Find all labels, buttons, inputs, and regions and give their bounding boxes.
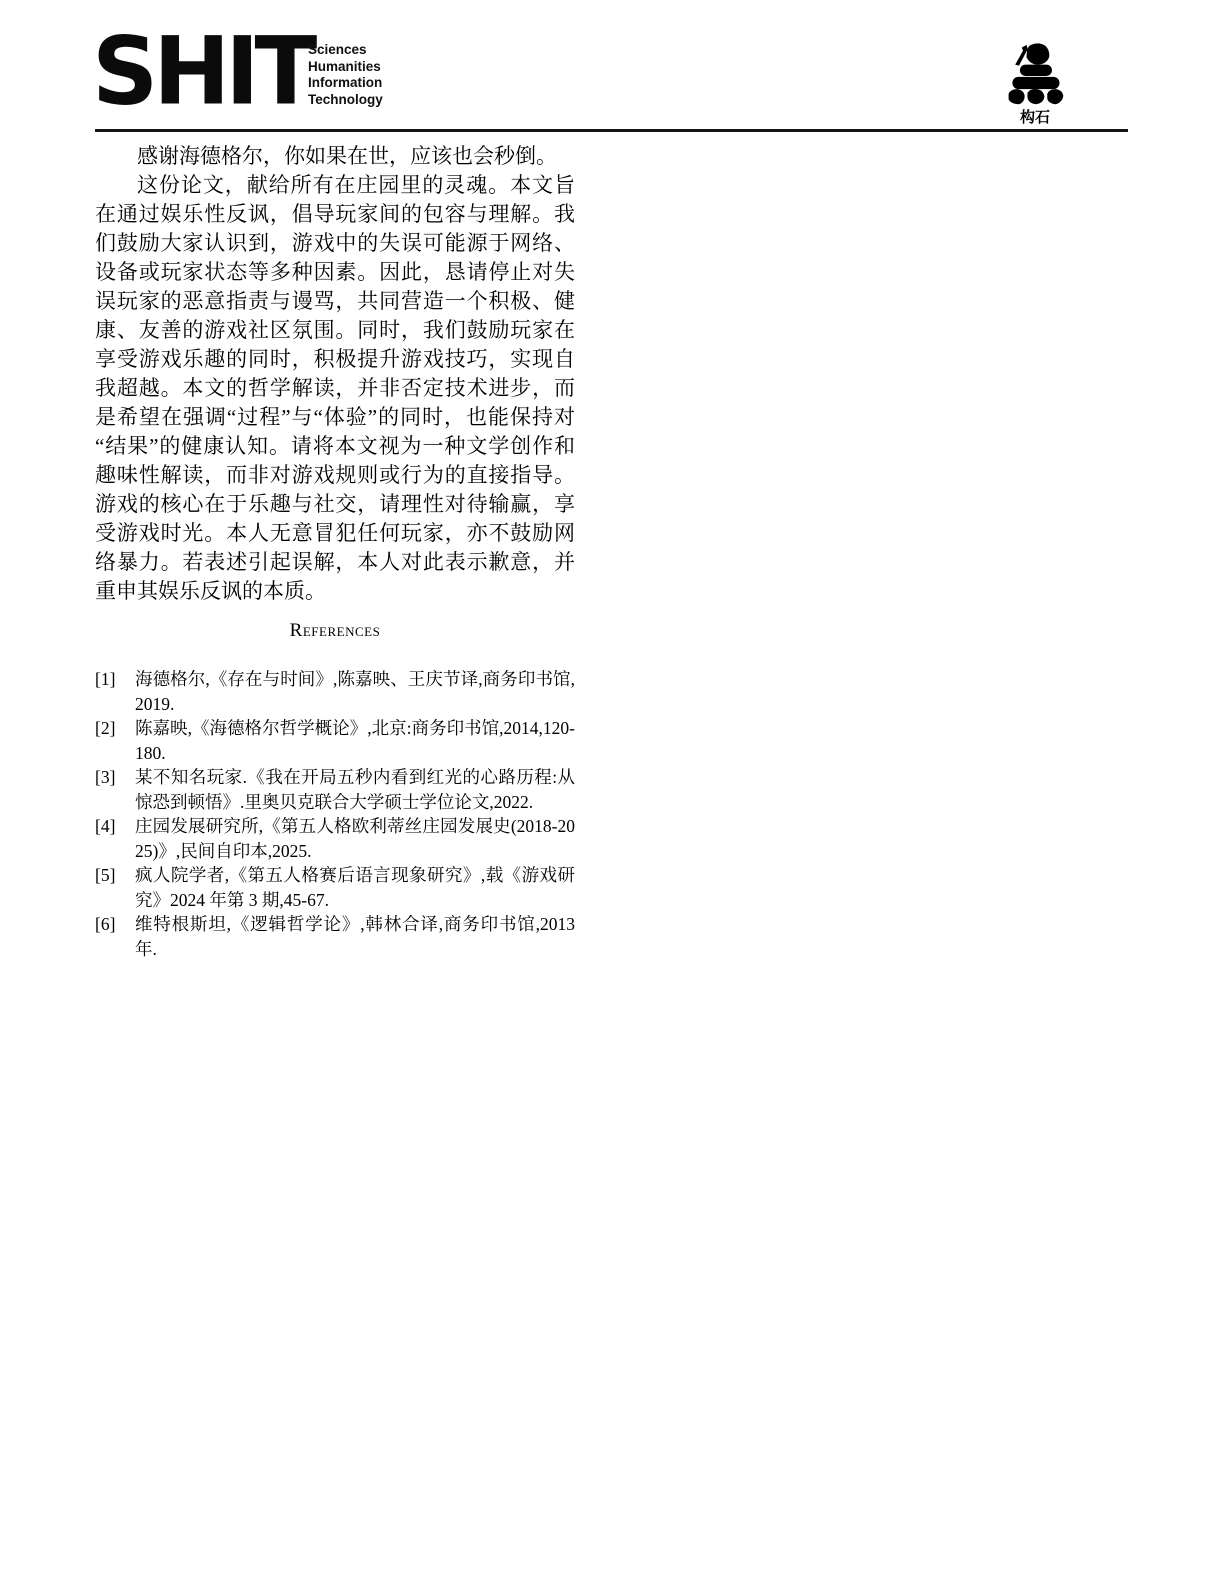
reference-label: [2]	[95, 716, 115, 741]
reference-text: 维特根斯坦,《逻辑哲学论》,韩林合译,商务印书馆,2013 年.	[135, 914, 575, 959]
reference-item: [3] 某不知名玩家.《我在开局五秒内看到红光的心路历程:从惊恐到顿悟》.里奥贝…	[95, 765, 575, 814]
reference-item: [5] 疯人院学者,《第五人格赛后语言现象研究》,载《游戏研究》2024 年第 …	[95, 863, 575, 912]
header-divider	[95, 129, 1128, 132]
reference-item: [4] 庄园发展研究所,《第五人格欧利蒂丝庄园发展史(2018-2025)》,民…	[95, 814, 575, 863]
reference-text: 某不知名玩家.《我在开局五秒内看到红光的心路历程:从惊恐到顿悟》.里奥贝克联合大…	[135, 767, 575, 812]
reference-text: 疯人院学者,《第五人格赛后语言现象研究》,载《游戏研究》2024 年第 3 期,…	[135, 865, 575, 910]
reference-label: [5]	[95, 863, 115, 888]
reference-text: 陈嘉映,《海德格尔哲学概论》,北京:商务印书馆,2014,120-180.	[135, 718, 575, 763]
publisher-badge-label: 构石	[993, 109, 1077, 127]
reference-label: [1]	[95, 667, 115, 692]
stone-pile-icon	[1001, 42, 1069, 108]
reference-label: [6]	[95, 912, 115, 937]
tagline-line: Humanities	[308, 59, 383, 76]
paper-page: SHIT Sciences Humanities Information Tec…	[0, 0, 1224, 1584]
tagline-line: Technology	[308, 92, 383, 109]
article-column: 感谢海德格尔，你如果在世，应该也会秒倒。 这份论文，献给所有在庄园里的灵魂。本文…	[95, 142, 575, 961]
reference-item: [6] 维特根斯坦,《逻辑哲学论》,韩林合译,商务印书馆,2013 年.	[95, 912, 575, 961]
acknowledgement-paragraph: 感谢海德格尔，你如果在世，应该也会秒倒。	[95, 142, 575, 171]
reference-item: [1] 海德格尔,《存在与时间》,陈嘉映、王庆节译,商务印书馆,2019.	[95, 667, 575, 716]
reference-text: 庄园发展研究所,《第五人格欧利蒂丝庄园发展史(2018-2025)》,民间自印本…	[135, 816, 575, 861]
publisher-badge: 构石	[993, 42, 1077, 127]
reference-label: [4]	[95, 814, 115, 839]
reference-text: 海德格尔,《存在与时间》,陈嘉映、王庆节译,商务印书馆,2019.	[135, 669, 575, 714]
journal-tagline: Sciences Humanities Information Technolo…	[308, 42, 383, 108]
tagline-line: Sciences	[308, 42, 383, 59]
references-list: [1] 海德格尔,《存在与时间》,陈嘉映、王庆节译,商务印书馆,2019. [2…	[95, 667, 575, 961]
dedication-paragraph: 这份论文，献给所有在庄园里的灵魂。本文旨在通过娱乐性反讽，倡导玩家间的包容与理解…	[95, 171, 575, 606]
reference-label: [3]	[95, 765, 115, 790]
journal-logo: SHIT	[92, 29, 312, 115]
reference-item: [2] 陈嘉映,《海德格尔哲学概论》,北京:商务印书馆,2014,120-180…	[95, 716, 575, 765]
tagline-line: Information	[308, 75, 383, 92]
references-heading: References	[95, 620, 575, 642]
